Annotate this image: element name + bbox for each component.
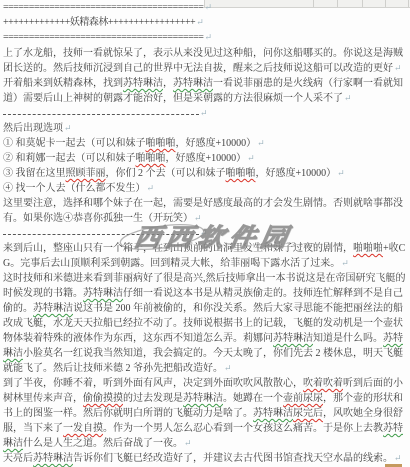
- text-segment: 。她蹲在一个: [223, 393, 283, 404]
- line-break-mark: ↵: [203, 32, 212, 42]
- line-break-mark: ↵: [146, 183, 155, 193]
- paragraph: +++++++++++++妖精森林+++++++++++++++++↵: [3, 16, 410, 31]
- spellcheck-flagged-text: 壶前尿尿: [283, 393, 323, 404]
- spellcheck-flagged-text: 苏特琳洁: [33, 303, 73, 314]
- line-break-mark: ↵: [246, 153, 255, 163]
- text-segment: ④ 找一个人去（什么都不发生）: [3, 183, 146, 194]
- text-segment: ，好感度+10000）: [256, 168, 337, 179]
- separator-dashes: [3, 110, 199, 115]
- text-segment: +++++++++++++妖精森林+++++++++++++++++: [3, 17, 195, 28]
- text-segment: 知道是什么吗。: [313, 333, 383, 344]
- spellcheck-flagged-text: 啪啪啪: [136, 153, 166, 164]
- line-break-mark: ↵: [63, 123, 72, 133]
- paragraph: 上了水龙船，技师一看就惊呆了，表示从来没见过这种船，问你这船哪买的。你说这是海贼…: [3, 46, 410, 76]
- line-break-mark: ↵: [199, 108, 208, 118]
- text-segment: 告诉你们飞艇已经改造好了，并建议去古代图书馆查找天空水晶的线索。: [73, 453, 393, 464]
- line-break-mark: ↵: [256, 138, 265, 148]
- paragraph: 开着船来到妖精森林，找到苏特琳洁，苏特琳洁一看说菲丽患的是火线病（行家啊一看就知…: [3, 76, 410, 106]
- line-break-mark: ↵: [336, 168, 345, 178]
- spellcheck-flagged-text: 苏特琳洁: [33, 453, 73, 464]
- text-segment: ② 和莉娜一起去（可以和妹子: [3, 153, 136, 164]
- text-segment: ，好感度+10000）: [166, 153, 247, 164]
- text-segment: 小脸莫名一红说我当然知道，我会搞定的。今天太晚了，你们先去 2 楼休息，明天飞艇…: [3, 348, 403, 374]
- paragraph: 这时技师和米德进来看到菲丽病好了很是高兴,然后技师拿出一本书说这是在帝国研究飞艇…: [3, 271, 410, 376]
- paragraph: ③ 我留在这里照顾菲丽，你们 2 个去（可以和妹子啪啪啪，好感度+10000）↵: [3, 166, 410, 181]
- paragraph: 然后出现选项↵: [3, 121, 410, 136]
- line-break-mark: ↵: [340, 258, 349, 268]
- line-break-mark: ↵: [223, 363, 232, 373]
- text-segment: 然后出现选项: [3, 123, 63, 134]
- text-segment: =======================================: [3, 32, 203, 43]
- line-break-mark: ↵: [183, 438, 192, 448]
- text-segment: 来到后山，整座山只有一个箱子，在到山顶前的山洞里发生和妹子过夜的剧情，: [3, 243, 353, 254]
- paragraph: =======================================↵: [3, 31, 410, 46]
- text-segment: =======================================: [3, 2, 203, 13]
- spellcheck-flagged-text: 尿完后: [293, 408, 323, 419]
- separator-dashes: [3, 230, 199, 235]
- text-segment: ③ 我留在这里: [3, 168, 66, 179]
- text-segment: 。作为一个男人怎么忍心看到一个女孩这么痛苦。于是你上去教: [103, 423, 383, 434]
- text-segment: ，好感度+10000）: [176, 138, 257, 149]
- text-segment: 的过去发现是: [123, 393, 183, 404]
- spellcheck-flagged-text: 一发自摸: [63, 423, 103, 434]
- paragraph: 到了半夜，你睡不着，听到外面有风声，决定到外面吹吹风散散心，吹着吹着听到后面的小…: [3, 376, 410, 451]
- spellcheck-flagged-text: 苏特琳洁: [83, 288, 123, 299]
- paragraph: ④ 找一个人去（什么都不发生）↵: [3, 181, 410, 196]
- document-body[interactable]: =======================================↵…: [0, 0, 410, 467]
- separator-line: ↵: [3, 226, 410, 241]
- spellcheck-flagged-text: 苏特琳洁: [253, 408, 293, 419]
- spellcheck-flagged-text: 苏特琳洁: [273, 333, 313, 344]
- spellcheck-flagged-text: 偷偷摸摸: [83, 393, 123, 404]
- spellcheck-flagged-text: 啪啪啪: [353, 243, 383, 254]
- separator-line: ↵: [3, 106, 410, 121]
- text-segment: 上了水龙船，技师一看就惊呆了，表示从来没见过这种船，问你这船哪买的。你说这是海贼…: [3, 48, 403, 74]
- text-segment: 到了半夜，你睡不着，听到外面有风声，决定到外面吹吹风散散心，: [3, 378, 303, 389]
- paragraph: 这里要注意，选择和哪个妹子在一起，需要是好感度最高的才会发生剧情。否则就啥事都没…: [3, 196, 410, 226]
- line-break-mark: ↵: [393, 63, 402, 73]
- spellcheck-flagged-text: 苏特琳洁: [123, 78, 163, 89]
- text-segment: ① 和莫妮卡一起去（可以和妹子: [3, 138, 146, 149]
- paragraph: 来到后山，整座山只有一个箱子，在到山顶前的山洞里发生和妹子过夜的剧情，啪啪啪+收…: [3, 241, 410, 271]
- paragraph: ② 和莉娜一起去（可以和妹子啪啪啪，好感度+10000）↵: [3, 151, 410, 166]
- spellcheck-flagged-text: 吹着吹着: [303, 378, 343, 389]
- line-break-mark: ↵: [203, 2, 212, 12]
- text-segment: 什么是人生之道。然后奋战了一夜。: [23, 438, 183, 449]
- line-break-mark: ↵: [193, 213, 202, 223]
- text-segment: ，你们 2 个去（可以和妹子: [106, 168, 226, 179]
- spellcheck-flagged-text: 苏特琳洁: [173, 78, 213, 89]
- spellcheck-flagged-text: 照顾菲丽: [66, 168, 106, 179]
- text-segment: ，: [163, 78, 173, 89]
- line-break-mark: ↵: [393, 453, 402, 463]
- text-segment: 开着船来到妖精森林，找到: [3, 78, 123, 89]
- spellcheck-flagged-text: 苏特琳洁: [183, 393, 223, 404]
- text-segment: 这里要注意，选择和哪个妹子在一起，需要是好感度最高的才会发生剧情。否则就啥事都没…: [3, 198, 403, 224]
- line-break-mark: ↵: [195, 17, 204, 27]
- line-break-mark: ↵: [343, 93, 352, 103]
- line-break-mark: ↵: [199, 228, 208, 238]
- spellcheck-flagged-text: 啪啪啪: [146, 138, 176, 149]
- paragraph: =======================================↵: [3, 1, 410, 16]
- paragraph: ① 和莫妮卡一起去（可以和妹子啪啪啪，好感度+10000）↵: [3, 136, 410, 151]
- spellcheck-flagged-text: 啪啪啪: [226, 168, 256, 179]
- text-segment: 天亮后: [3, 453, 33, 464]
- document-page: =======================================↵…: [0, 0, 410, 467]
- paragraph: 天亮后苏特琳洁告诉你们飞艇已经改造好了，并建议去古代图书馆查找天空水晶的线索。↵: [3, 451, 410, 466]
